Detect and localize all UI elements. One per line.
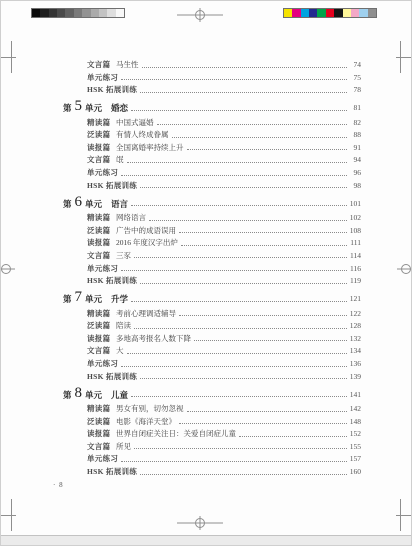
- toc-entry-row: 泛读篇广告中的成语误用108: [63, 227, 361, 235]
- registration-mark-right: [397, 259, 411, 279]
- section-label: 读报篇: [87, 335, 116, 343]
- dot-leader: [127, 161, 348, 163]
- dot-leader: [121, 269, 347, 271]
- page-number: 152: [350, 430, 361, 438]
- scan-edge-strip: [1, 535, 411, 545]
- lesson-title: 马生性: [116, 61, 139, 69]
- page-number: 91: [350, 144, 361, 152]
- registration-mark-top: [177, 5, 223, 25]
- toc-entry-row: HSK 拓展训练139: [63, 373, 361, 381]
- grayscale-step: [116, 9, 124, 17]
- toc-entry-row: 读报篇2016 年度汉字出炉111: [63, 239, 361, 247]
- page-number: 136: [350, 360, 361, 368]
- toc-entry-row: 读报篇全国离婚率持续上升91: [63, 144, 361, 152]
- lesson-title: 大: [116, 347, 124, 355]
- grayscale-step: [82, 9, 90, 17]
- page-number: 78: [350, 86, 361, 94]
- lesson-title: 男女有别，切勿忽视: [116, 405, 184, 413]
- registration-mark-bottom: [177, 513, 223, 533]
- page-number: 94: [350, 156, 361, 164]
- toc-entry-row: HSK 拓展训练160: [63, 468, 361, 476]
- dot-leader: [194, 339, 347, 341]
- color-step: [351, 9, 359, 17]
- page-number: 98: [350, 182, 361, 190]
- toc-entry-row: HSK 拓展训练78: [63, 86, 361, 94]
- unit-theme: 婚恋: [111, 104, 128, 112]
- dot-leader: [157, 123, 348, 125]
- dot-leader: [181, 244, 347, 246]
- lesson-title: 多地高考报名人数下降: [116, 335, 191, 343]
- section-label: 文言篇: [87, 156, 116, 164]
- dot-leader: [187, 410, 347, 412]
- dot-leader: [131, 109, 347, 111]
- unit-heading: 第7单元升学121: [63, 292, 361, 303]
- dot-leader: [140, 282, 347, 284]
- grayscale-step: [40, 9, 48, 17]
- lesson-title: 三豕: [116, 252, 131, 260]
- section-label: 单元练习: [87, 265, 118, 273]
- section-label: 精读篇: [87, 310, 116, 318]
- unit-prefix: 第: [63, 295, 72, 303]
- dot-leader: [121, 174, 347, 176]
- toc-entry-row: HSK 拓展训练98: [63, 182, 361, 190]
- color-step: [292, 9, 300, 17]
- page-number: 122: [350, 310, 361, 318]
- crop-mark-top-left-h: [1, 57, 16, 58]
- unit-number: 5: [75, 101, 83, 112]
- dot-leader: [121, 460, 347, 462]
- toc-entry-row: 泛读篇电影《海洋天堂》148: [63, 418, 361, 426]
- section-label: 文言篇: [87, 347, 116, 355]
- unit-theme: 语言: [111, 200, 128, 208]
- unit-suffix: 单元: [85, 200, 102, 208]
- scanned-page: 文言篇马生性74单元练习75HSK 拓展训练78 第5单元婚恋81精读篇中国式逼…: [0, 0, 412, 546]
- folio-page-number: · 8: [53, 481, 64, 489]
- toc-entry-row: 读报篇多地高考报名人数下降132: [63, 335, 361, 343]
- registration-mark-left: [1, 259, 15, 279]
- toc-entry-row: 文言篇氓94: [63, 156, 361, 164]
- table-of-contents: 文言篇马生性74单元练习75HSK 拓展训练78 第5单元婚恋81精读篇中国式逼…: [63, 61, 361, 481]
- toc-entry-row: 精读篇考前心理调适辅导122: [63, 310, 361, 318]
- color-step: [359, 9, 367, 17]
- section-label: 精读篇: [87, 405, 116, 413]
- color-step: [301, 9, 309, 17]
- section-label: 泛读篇: [87, 418, 116, 426]
- lesson-title: 所见: [116, 443, 131, 451]
- crop-mark-bottom-left-h: [1, 515, 16, 516]
- grayscale-step: [99, 9, 107, 17]
- toc-entry-row: 文言篇三豕114: [63, 252, 361, 260]
- dot-leader: [239, 435, 347, 437]
- dot-leader: [140, 91, 347, 93]
- toc-entry-row: 文言篇马生性74: [63, 61, 361, 69]
- page-number: 116: [350, 265, 361, 273]
- crop-mark-top-right-h: [396, 57, 411, 58]
- dot-leader: [131, 395, 347, 397]
- dot-leader: [134, 447, 347, 449]
- toc-entry-row: 文言篇大134: [63, 347, 361, 355]
- color-step: [368, 9, 376, 17]
- unit-heading: 第6单元语言101: [63, 197, 361, 208]
- page-number: 160: [350, 468, 361, 476]
- section-label: 单元练习: [87, 455, 118, 463]
- page-number: 128: [350, 322, 361, 330]
- unit-suffix: 单元: [85, 391, 102, 399]
- page-number: 148: [350, 418, 361, 426]
- dot-leader: [179, 231, 347, 233]
- unit-number: 7: [75, 292, 83, 303]
- section-label: 泛读篇: [87, 227, 116, 235]
- section-label: 读报篇: [87, 430, 116, 438]
- page-number: 142: [350, 405, 361, 413]
- unit-heading: 第5单元婚恋81: [63, 101, 361, 112]
- dot-leader: [140, 473, 347, 475]
- toc-entry-row: 单元练习136: [63, 360, 361, 368]
- unit-theme: 升学: [111, 295, 128, 303]
- color-step: [343, 9, 351, 17]
- page-number: 81: [350, 104, 361, 112]
- unit-theme: 儿童: [111, 391, 128, 399]
- unit-prefix: 第: [63, 200, 72, 208]
- lesson-title: 全国离婚率持续上升: [116, 144, 184, 152]
- lesson-title: 考前心理调适辅导: [116, 310, 176, 318]
- page-number: 114: [350, 252, 361, 260]
- dot-leader: [131, 204, 347, 206]
- color-step: [317, 9, 325, 17]
- dot-leader: [142, 66, 348, 68]
- unit-heading: 第8单元儿童141: [63, 388, 361, 399]
- page-number: 157: [350, 455, 361, 463]
- page-number: 102: [350, 214, 361, 222]
- page-number: 119: [350, 277, 361, 285]
- section-label: 精读篇: [87, 214, 116, 222]
- dot-leader: [179, 314, 347, 316]
- section-label: 文言篇: [87, 61, 116, 69]
- toc-entry-row: 泛读篇陪读128: [63, 322, 361, 330]
- toc-entry-row: 泛读篇有情人终成眷属88: [63, 131, 361, 139]
- dot-leader: [134, 327, 347, 329]
- unit-suffix: 单元: [85, 295, 102, 303]
- dot-leader: [179, 422, 347, 424]
- section-label: HSK 拓展训练: [87, 86, 137, 94]
- toc-previous-unit-tail: 文言篇马生性74单元练习75HSK 拓展训练78: [63, 61, 361, 94]
- page-number: 75: [350, 74, 361, 82]
- section-label: 泛读篇: [87, 322, 116, 330]
- toc-units: 第5单元婚恋81精读篇中国式逼婚82泛读篇有情人终成眷属88读报篇全国离婚率持续…: [63, 101, 361, 476]
- unit-prefix: 第: [63, 391, 72, 399]
- dot-leader: [121, 365, 347, 367]
- section-label: 文言篇: [87, 443, 116, 451]
- dot-leader: [127, 352, 347, 354]
- toc-entry-row: 单元练习75: [63, 74, 361, 82]
- unit-number: 6: [75, 197, 83, 208]
- page-number: 139: [350, 373, 361, 381]
- page-number: 132: [350, 335, 361, 343]
- dot-leader: [140, 186, 347, 188]
- toc-entry-row: HSK 拓展训练119: [63, 277, 361, 285]
- dot-leader: [149, 219, 347, 221]
- lesson-title: 电影《海洋天堂》: [116, 418, 176, 426]
- toc-entry-row: 精读篇中国式逼婚82: [63, 119, 361, 127]
- grayscale-step: [57, 9, 65, 17]
- section-label: 泛读篇: [87, 131, 116, 139]
- grayscale-step: [49, 9, 57, 17]
- section-label: HSK 拓展训练: [87, 373, 137, 381]
- color-step: [326, 9, 334, 17]
- lesson-title: 氓: [116, 156, 124, 164]
- grayscale-step: [65, 9, 73, 17]
- dot-leader: [134, 256, 347, 258]
- page-number: 96: [350, 169, 361, 177]
- page-number: 134: [350, 347, 361, 355]
- unit-number: 8: [75, 388, 83, 399]
- grayscale-step: [32, 9, 40, 17]
- color-step: [334, 9, 342, 17]
- toc-entry-row: 单元练习157: [63, 455, 361, 463]
- dot-leader: [140, 377, 347, 379]
- crop-mark-bottom-right-h: [396, 515, 411, 516]
- lesson-title: 网络语言: [116, 214, 146, 222]
- page-number: 121: [350, 295, 361, 303]
- toc-entry-row: 单元练习96: [63, 169, 361, 177]
- grayscale-step: [107, 9, 115, 17]
- lesson-title: 2016 年度汉字出炉: [116, 239, 178, 247]
- section-label: 读报篇: [87, 239, 116, 247]
- lesson-title: 中国式逼婚: [116, 119, 154, 127]
- page-number: 108: [350, 227, 361, 235]
- toc-entry-row: 文言篇所见155: [63, 443, 361, 451]
- section-label: 精读篇: [87, 119, 116, 127]
- section-label: 文言篇: [87, 252, 116, 260]
- grayscale-step: [91, 9, 99, 17]
- lesson-title: 广告中的成语误用: [116, 227, 176, 235]
- toc-entry-row: 精读篇网络语言102: [63, 214, 361, 222]
- section-label: HSK 拓展训练: [87, 468, 137, 476]
- unit-prefix: 第: [63, 104, 72, 112]
- toc-entry-row: 精读篇男女有别，切勿忽视142: [63, 405, 361, 413]
- lesson-title: 有情人终成眷属: [116, 131, 169, 139]
- page-number: 111: [350, 239, 361, 247]
- color-step: [284, 9, 292, 17]
- grayscale-step: [74, 9, 82, 17]
- lesson-title: 世界自闭症关注日：关爱自闭症儿童: [116, 430, 236, 438]
- section-label: 单元练习: [87, 360, 118, 368]
- section-label: 读报篇: [87, 144, 116, 152]
- lesson-title: 陪读: [116, 322, 131, 330]
- section-label: 单元练习: [87, 169, 118, 177]
- page-number: 101: [350, 200, 361, 208]
- page-number: 155: [350, 443, 361, 451]
- page-number: 74: [350, 61, 361, 69]
- toc-entry-row: 单元练习116: [63, 265, 361, 273]
- section-label: 单元练习: [87, 74, 118, 82]
- section-label: HSK 拓展训练: [87, 277, 137, 285]
- unit-suffix: 单元: [85, 104, 102, 112]
- color-step: [309, 9, 317, 17]
- section-label: HSK 拓展训练: [87, 182, 137, 190]
- dot-leader: [131, 300, 347, 302]
- toc-entry-row: 读报篇世界自闭症关注日：关爱自闭症儿童152: [63, 430, 361, 438]
- page-number: 82: [350, 119, 361, 127]
- dot-leader: [187, 148, 348, 150]
- page-number: 88: [350, 131, 361, 139]
- page-number: 141: [350, 391, 361, 399]
- grayscale-calibration-bar: [31, 8, 125, 18]
- dot-leader: [121, 78, 347, 80]
- color-calibration-bar: [283, 8, 377, 18]
- dot-leader: [172, 136, 348, 138]
